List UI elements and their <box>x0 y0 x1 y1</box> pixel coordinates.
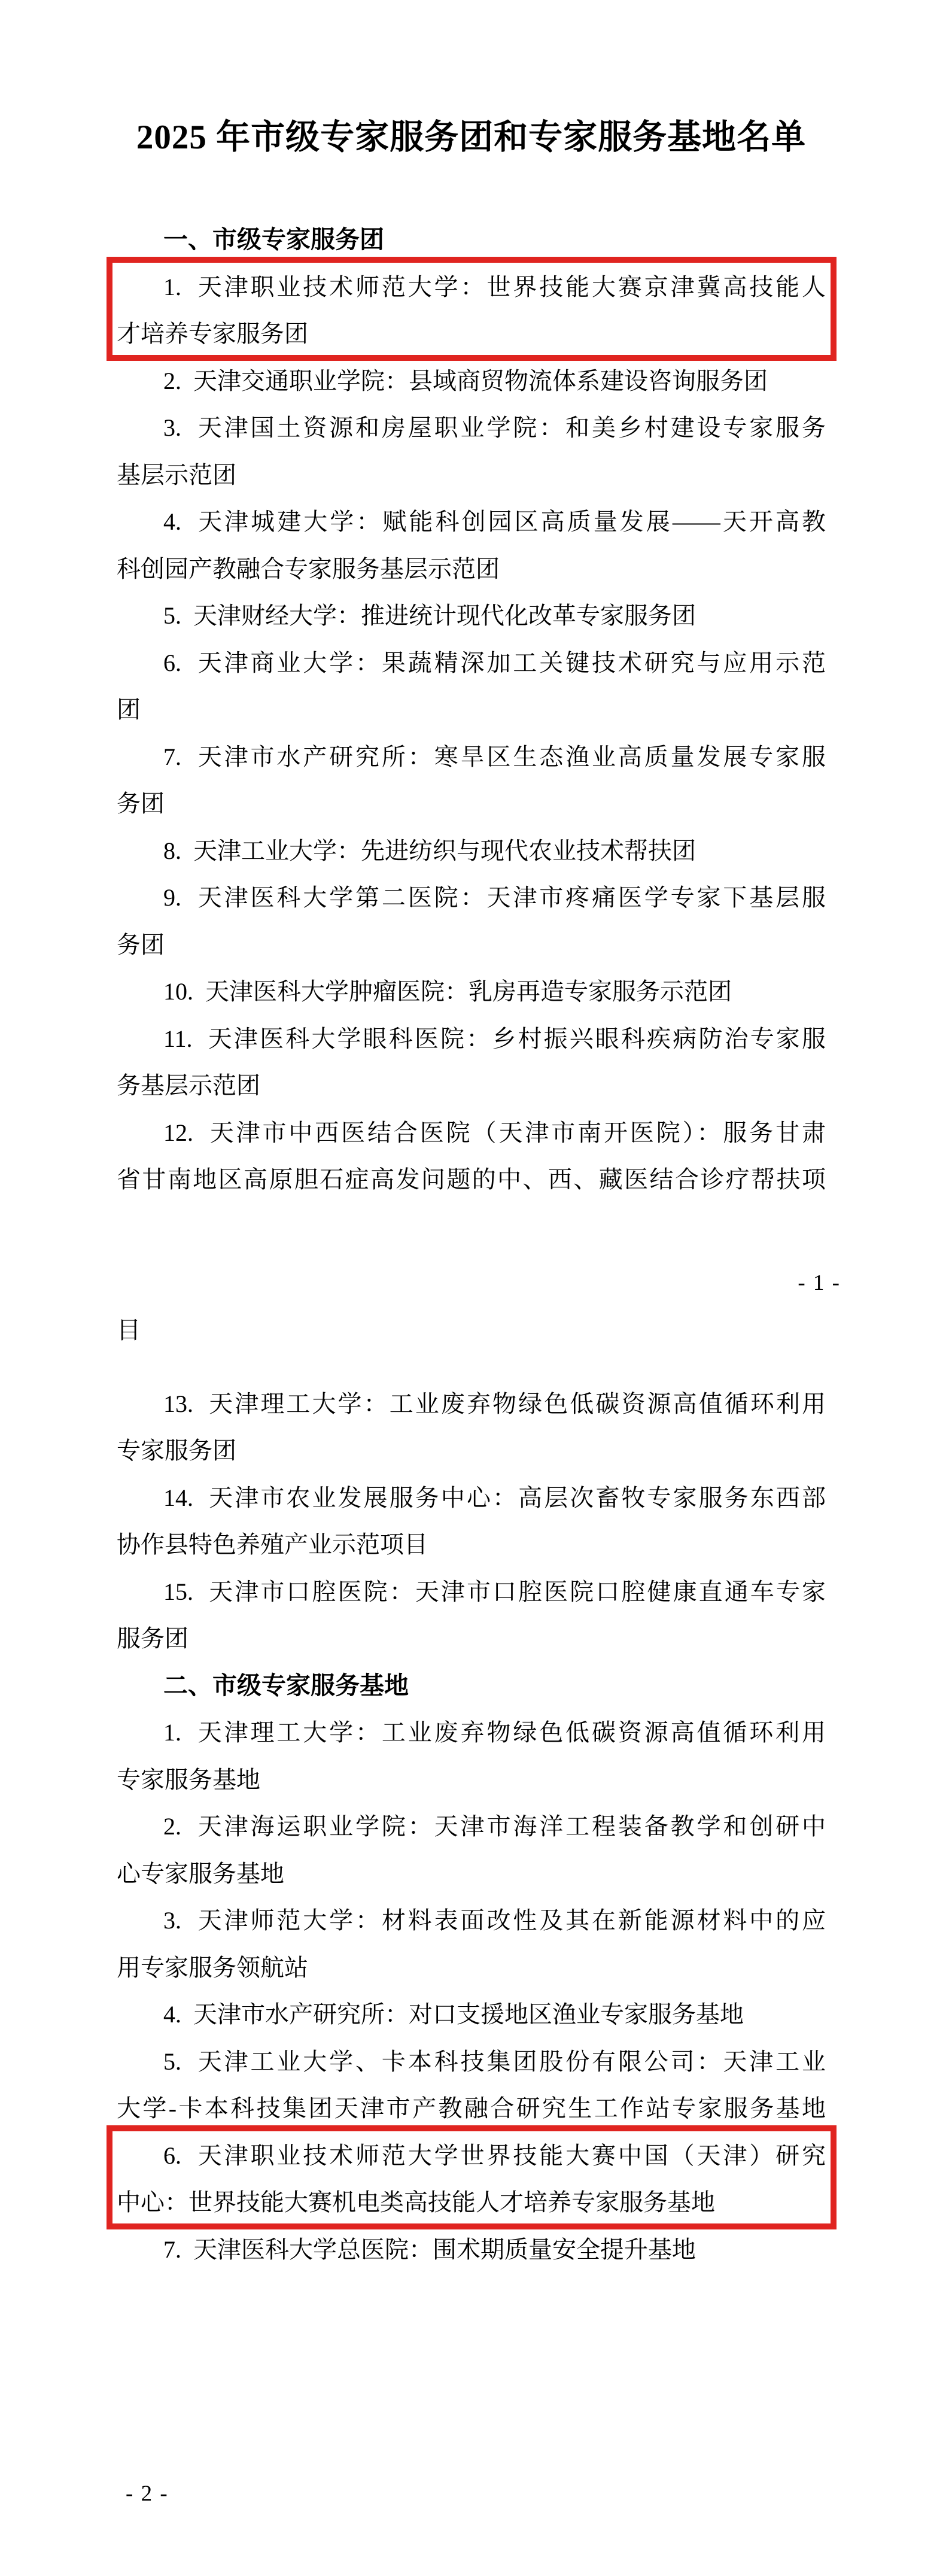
list-item-line: 10. 天津医科大学肿瘤医院：乳房再造专家服务示范团 <box>117 968 826 1015</box>
list-item-line: 大学-卡本科技集团天津市产教融合研究生工作站专家服务基地 <box>117 2085 826 2132</box>
section-heading: 二、市级专家服务基地 <box>163 1662 826 1709</box>
list-item-line: 务基层示范团 <box>117 1062 826 1109</box>
list-item-line: 12. 天津市中西医结合医院（天津市南开医院）：服务甘肃 <box>117 1109 826 1156</box>
list-item-line: 14. 天津市农业发展服务中心：高层次畜牧专家服务东西部 <box>117 1474 826 1521</box>
list-item-line: 省甘南地区高原胆石症高发问题的中、西、藏医结合诊疗帮扶项 <box>117 1156 826 1203</box>
list-item-line: 服务团 <box>117 1615 826 1662</box>
list-item-line: 5. 天津财经大学：推进统计现代化改革专家服务团 <box>117 592 826 639</box>
list-item-line: 7. 天津医科大学总医院：围术期质量安全提升基地 <box>117 2226 826 2273</box>
list-item-line: 3. 天津师范大学：材料表面改性及其在新能源材料中的应 <box>117 1897 826 1944</box>
list-item-line: 1. 天津职业技术师范大学：世界技能大赛京津冀高技能人 <box>117 263 826 311</box>
list-item-line: 专家服务基地 <box>117 1756 826 1803</box>
list-item-line: 基层示范团 <box>117 451 826 499</box>
list-item-line: 1. 天津理工大学：工业废弃物绿色低碳资源高值循环利用 <box>117 1709 826 1756</box>
section-heading: 一、市级专家服务团 <box>163 216 826 263</box>
list-item-line: 13. 天津理工大学：工业废弃物绿色低碳资源高值循环利用 <box>117 1380 826 1427</box>
list-item-line: 科创园产教融合专家服务基层示范团 <box>117 545 826 593</box>
list-item-line: 11. 天津医科大学眼科医院：乡村振兴眼科疾病防治专家服 <box>117 1015 826 1062</box>
list-item-line: 4. 天津城建大学：赋能科创园区高质量发展——天开高教 <box>117 498 826 545</box>
list-item-line: 4. 天津市水产研究所：对口支援地区渔业专家服务基地 <box>117 1991 826 2038</box>
list-item-line: 6. 天津职业技术师范大学世界技能大赛中国（天津）研究 <box>117 2132 826 2179</box>
list-item-line: 务团 <box>117 780 826 827</box>
list-item-line: 协作县特色养殖产业示范项目 <box>117 1521 826 1568</box>
list-item-line: 7. 天津市水产研究所：寒旱区生态渔业高质量发展专家服 <box>117 733 826 780</box>
list-item-line: 9. 天津医科大学第二医院：天津市疼痛医学专家下基层服 <box>117 874 826 921</box>
document-title: 2025 年市级专家服务团和专家服务基地名单 <box>117 111 826 165</box>
list-item-line: 专家服务团 <box>117 1427 826 1474</box>
list-item-line: 中心：世界技能大赛机电类高技能人才培养专家服务基地 <box>117 2179 826 2226</box>
list-item-line: 用专家服务领航站 <box>117 1944 826 1991</box>
list-item-line: 6. 天津商业大学：果蔬精深加工关键技术研究与应用示范 <box>117 639 826 686</box>
list-item-line: 心专家服务基地 <box>117 1850 826 1897</box>
list-item-line: 3. 天津国土资源和房屋职业学院：和美乡村建设专家服务 <box>117 404 826 451</box>
list-item-line: 15. 天津市口腔医院：天津市口腔医院口腔健康直通车专家 <box>117 1568 826 1615</box>
list-item-line: 8. 天津工业大学：先进纺织与现代农业技术帮扶团 <box>117 827 826 874</box>
list-item-line: 2. 天津海运职业学院：天津市海洋工程装备教学和创研中 <box>117 1803 826 1850</box>
list-item-line: 团 <box>117 686 826 733</box>
document-page: 2025 年市级专家服务团和专家服务基地名单一、市级专家服务团1. 天津职业技术… <box>0 0 949 2576</box>
list-item-line: 才培养专家服务团 <box>117 310 826 357</box>
page-number-2: - 2 - <box>126 2470 169 2517</box>
page-number-1: - 1 - <box>798 1259 841 1307</box>
list-item-line: 务团 <box>117 921 826 968</box>
list-item-line: 目 <box>117 1307 826 1354</box>
list-item-line: 5. 天津工业大学、卡本科技集团股份有限公司：天津工业 <box>117 2038 826 2085</box>
list-item-line: 2. 天津交通职业学院：县域商贸物流体系建设咨询服务团 <box>117 357 826 405</box>
